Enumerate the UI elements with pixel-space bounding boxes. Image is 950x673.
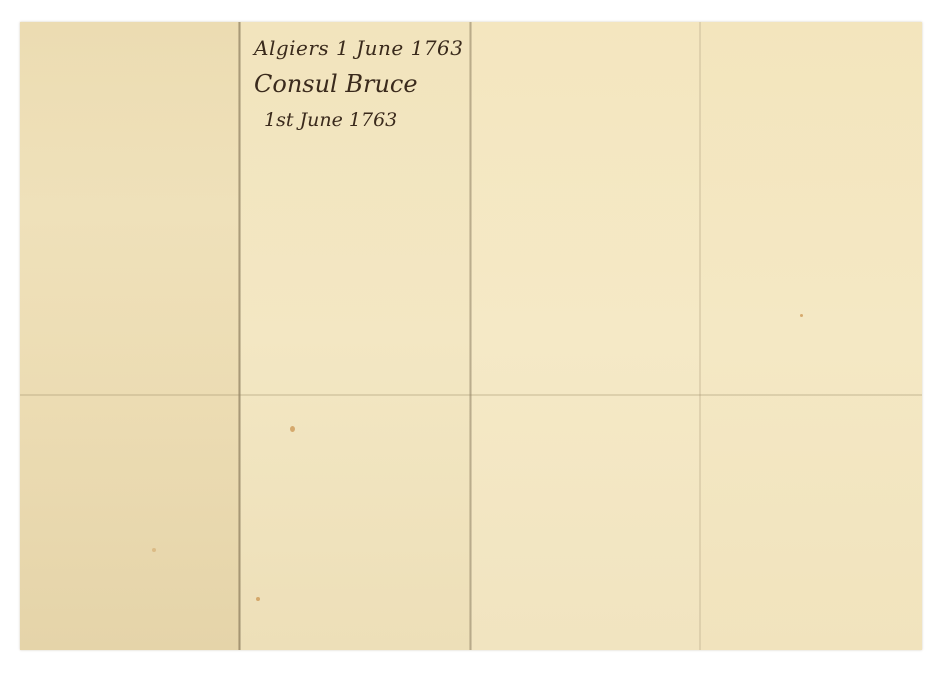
paper-panel-left xyxy=(20,22,240,650)
manuscript-sheet: Algiers 1 June 1763 Consul Bruce 1st Jun… xyxy=(20,22,922,650)
paper-panel-center-right xyxy=(470,22,700,650)
foxing-stain xyxy=(152,548,156,552)
vertical-fold-line xyxy=(238,22,241,650)
paper-panel-right xyxy=(700,22,922,650)
foxing-stain xyxy=(800,314,803,317)
docket-inscription: Algiers 1 June 1763 Consul Bruce 1st Jun… xyxy=(254,30,474,138)
docket-line-date: 1st June 1763 xyxy=(254,102,474,138)
docket-line-author: Consul Bruce xyxy=(254,66,474,102)
horizontal-fold-line xyxy=(20,394,922,396)
docket-line-place-date: Algiers 1 June 1763 xyxy=(254,30,474,66)
vertical-fold-line xyxy=(699,22,701,650)
foxing-stain xyxy=(256,597,260,601)
foxing-stain xyxy=(290,426,295,432)
